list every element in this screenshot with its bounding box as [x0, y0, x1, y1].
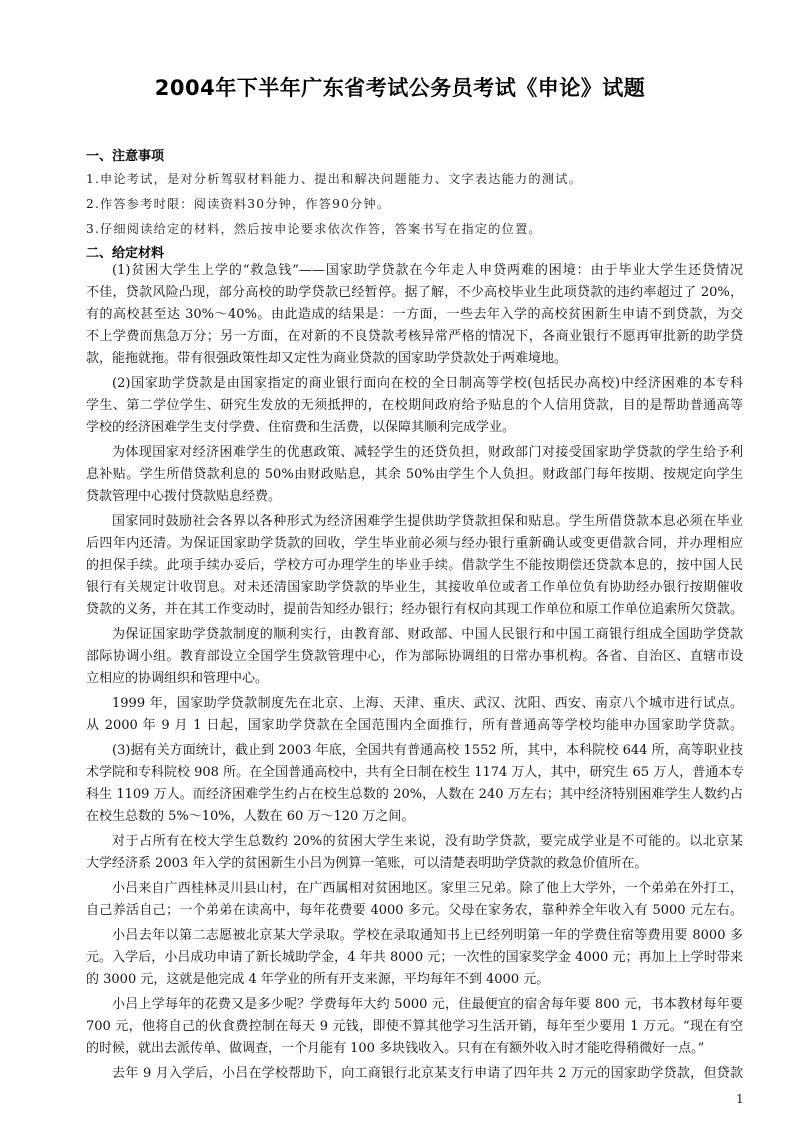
text-line: 不上学费而焦急万分；另一方面，在对新的不良贷款考核异常严格的情况下，各商业银行不… [86, 328, 743, 345]
text-line: 为体现国家对经济困难学生的优惠政策、减轻学生的还贷负担，财政部门对接受国家助学贷… [112, 444, 743, 461]
text-line: 部际协调小组。教育部设立全国学生贷款管理中心，作为部际协调组的日常办事机构。各省… [86, 648, 743, 665]
document-page: 2004年下半年广东省考试公务员考试《申论》试题 一、注意事项 1.申论考试，是… [0, 0, 800, 1132]
text-line: (2)国家助学贷款是由国家指定的商业银行面向在校的全日制高等学校(包括民办高校)… [112, 375, 743, 392]
text-line: 科生 1109 万人。而经济困难学生约占在校生总数的 20%，人数在 240 万… [86, 786, 743, 803]
text-line: 学生、第二学位学生、研究生发放的无须抵押的，在校期间政府给予贴息的个人信用贷款，… [86, 397, 743, 414]
text-line: 自己养活自己；一个弟弟在读高中，每年花费要 4000 多元。父母在家务农，靠种养… [86, 902, 743, 919]
text-line: 1999 年，国家助学贷款制度先在北京、上海、天津、重庆、武汉、沈阳、西安、南京… [112, 695, 743, 712]
text-line: (3)据有关方面统计，截止到 2003 年底，全国共有普通高校 1552 所，其… [112, 742, 743, 759]
text-line: 的担保手续。此项手续办妥后，学校方可办理学生的毕业手续。借款学生不能按期偿还贷款… [86, 557, 743, 574]
text-line: 学校的经济困难学生支付学费、住宿费和生活费，以保障其顺利完成学业。 [86, 419, 743, 436]
text-line: 后四年内还清。为保证国家助学货款的回收，学生毕业前必须与经办银行重新确认或变更借… [86, 535, 743, 552]
text-line: (1)贫困大学生上学的“救急钱”——国家助学贷款在今年走人申贷两难的困境：由于毕… [112, 262, 743, 279]
text-line: 对于占所有在校大学生总数约 20%的贫困大学生来说，没有助学贷款，要完成学业是不… [112, 833, 743, 850]
text-line: 小吕去年以第二志愿被北京某大学录取。学校在录取通知书上已经列明第一年的学费住宿等… [112, 927, 743, 944]
document-title: 2004年下半年广东省考试公务员考试《申论》试题 [0, 72, 800, 102]
text-line: 大学经济系 2003 年入学的贫困新生小吕为例算一笔账，可以清楚表明助学贷款的救… [86, 855, 743, 872]
note-item-1: 1.申论考试，是对分析驾驭材料能力、提出和解决问题能力、文字表达能力的测试。 [86, 170, 582, 187]
text-line: 在校生总数的 5%～10%，人数在 60 万～120 万之间。 [86, 808, 743, 825]
text-line: 不佳，贷款风险凸现，部分高校的助学贷款已经暂停。据了解，不少高校毕业生此项贷款的… [86, 284, 743, 301]
page-number: 1 [736, 1092, 744, 1106]
text-line: 贷款的义务，并在其工作变动时，提前告知经办银行；经办银行有权向其现工作单位和原工… [86, 601, 743, 618]
text-line: 去年 9 月入学后，小吕在学校帮助下，向工商银行北京某支行申请了四年共 2 万元… [112, 1065, 743, 1082]
text-line: 有的高校甚至达 30%～40%。由此造成的结果是：一方面，一些去年入学的高校贫困… [86, 306, 743, 323]
text-line: 小吕来自广西桂林灵川县山村，在广西属相对贫困地区。家里三兄弟。除了他上大学外，一… [112, 880, 743, 897]
note-item-3: 3.仔细阅读给定的材料，然后按申论要求依次作答，答案书写在指定的位置。 [86, 220, 542, 237]
text-line: 小吕上学每年的花费又是多少呢？学费每年大约 5000 元，住最便宜的宿舍每年要 … [112, 996, 743, 1013]
text-line: 的时候，就出去派传单、做调查，一个月能有 100 多块钱收入。只有在有额外收入时… [86, 1040, 743, 1057]
text-line: 元。入学后，小吕成功申请了新长城助学金，4 年共 8000 元；一次性的国家奖学… [86, 949, 743, 966]
text-line: 术学院和专科院校 908 所。在全国普通高校中，共有全日制在校生 1174 万人… [86, 764, 743, 781]
text-line: 银行有关规定计收罚息。对未还清国家助学贷款的毕业生，其接收单位或者工作单位负有协… [86, 579, 743, 596]
text-line: 国家同时鼓励社会各界以各种形式为经济困难学生提供助学贷款担保和贴息。学生所借贷款… [112, 513, 743, 530]
text-line: 为保证国家助学贷款制度的顺利实行，由教育部、财政部、中国人民银行和中国工商银行组… [112, 626, 743, 643]
text-line: 立相应的协调组织和管理中心。 [86, 670, 743, 687]
section-heading-materials: 二、给定材料 [86, 242, 164, 261]
note-item-2: 2.作答参考时限：阅读资料30分钟，作答90分钟。 [86, 195, 390, 212]
text-line: 款，能拖就拖。带有很强政策性却又定性为商业贷款的国家助学贷款处于两难境地。 [86, 350, 743, 367]
text-line: 贷款管理中心拨付贷款贴息经费。 [86, 488, 743, 505]
text-line: 的 3000 元，这就是他完成 4 年学业的所有开支来源，平均每年不到 4000… [86, 971, 743, 988]
text-line: 700 元，他将自己的伙食费控制在每天 9 元钱，即使不算其他学习生活开销，每年… [86, 1018, 743, 1035]
section-heading-notes: 一、注意事项 [86, 145, 164, 164]
text-line: 从 2000 年 9 月 1 日起，国家助学贷款在全国范围内全面推行，所有普通高… [86, 717, 743, 734]
text-line: 息补贴。学生所借贷款利息的 50%由财政贴息，其余 50%由学生个人负担。财政部… [86, 466, 743, 483]
